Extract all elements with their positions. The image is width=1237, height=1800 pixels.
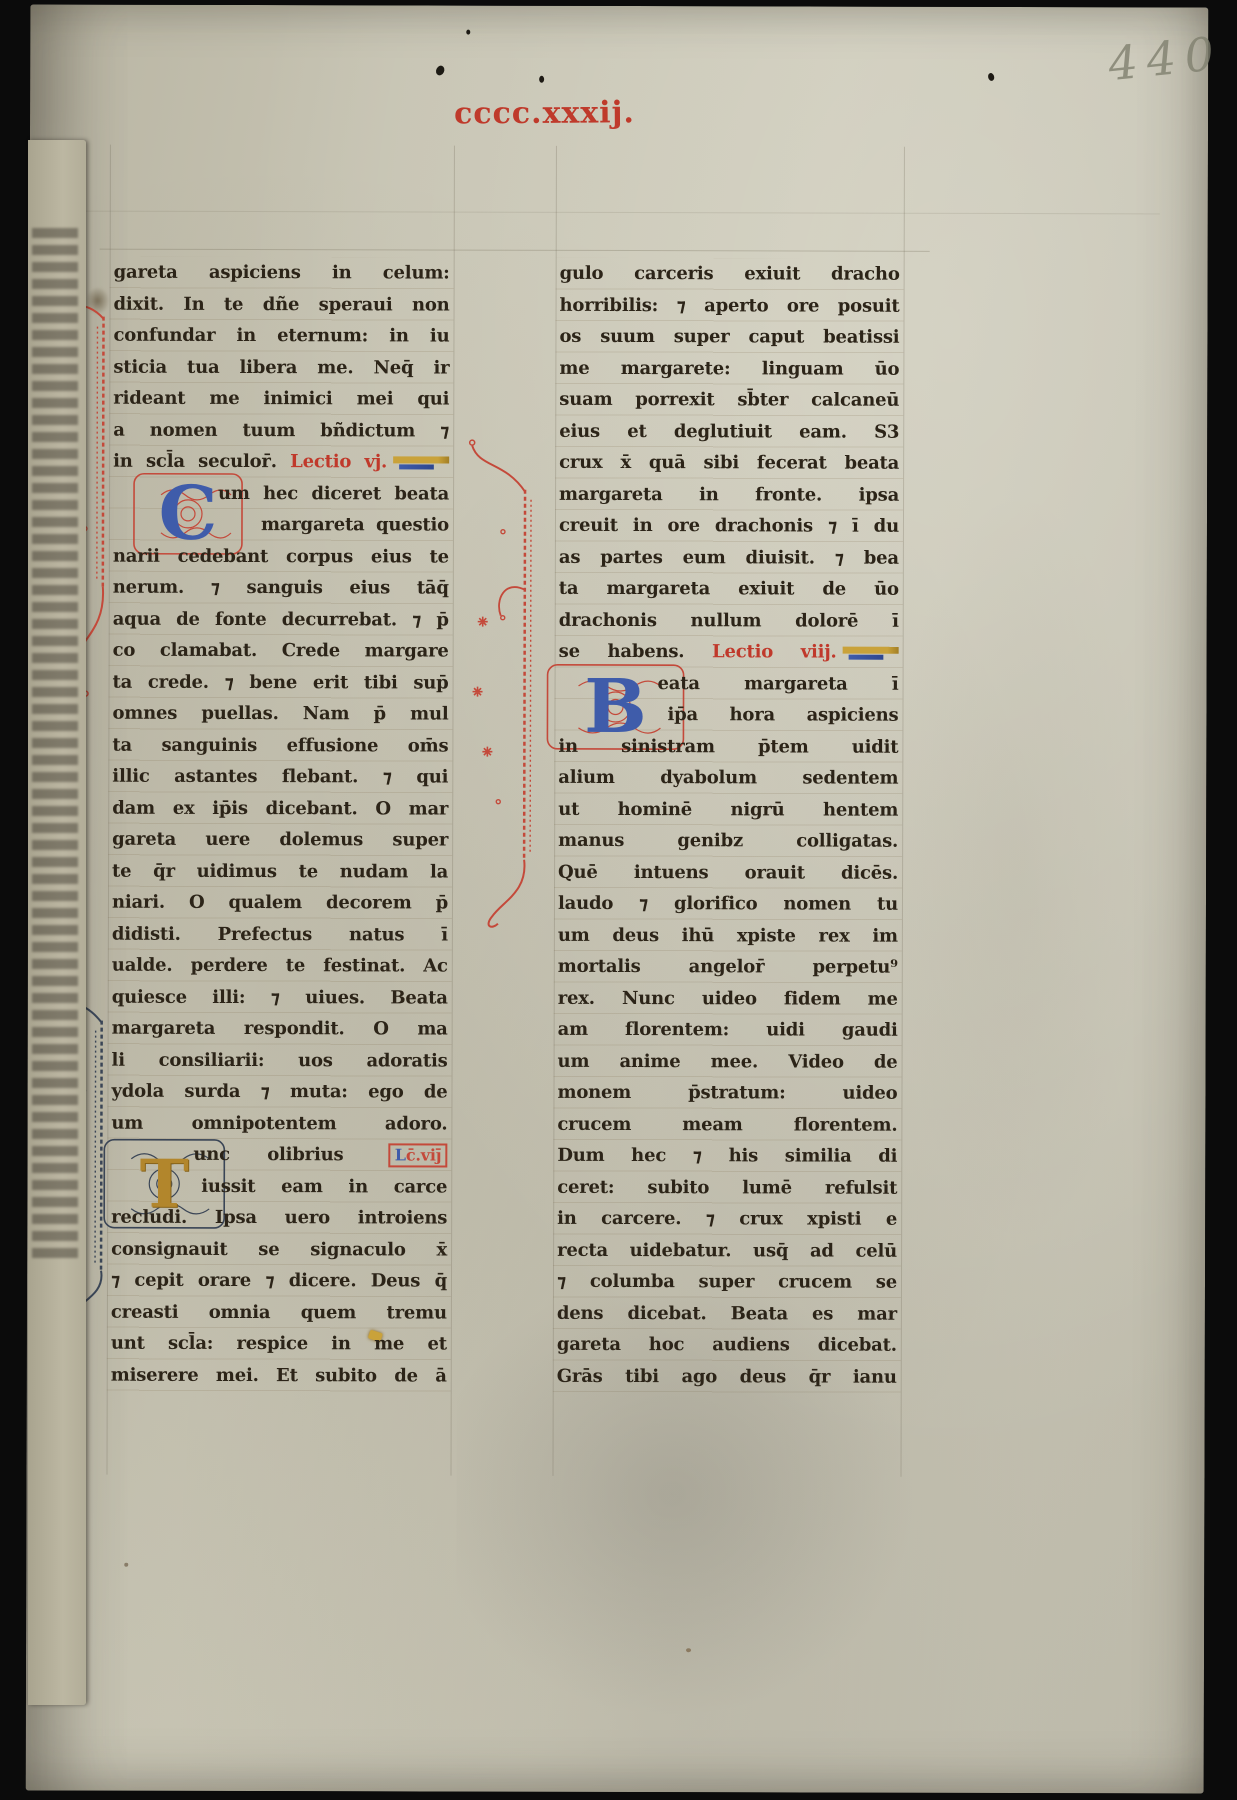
latin-text: dam ex ip̄is dicebant. O mar [112,797,448,819]
latin-text: ta crede. ⁊ bene erit tibi sup̄ [113,671,449,693]
latin-text: omnes puellas. Nam p̄ mul [112,703,448,725]
text-line: crucem meam florentem. [557,1108,897,1140]
text-line: gareta hoc audiens dicebat. [557,1329,897,1361]
latin-text: eata margareta ī [658,673,899,695]
latin-text: recta uidebatur. usq̄ ad celū [557,1239,897,1261]
text-line: Dum hec ⁊ his similia di [557,1140,897,1172]
text-line: omnes puellas. Nam p̄ mul [112,698,448,730]
text-line: ydola surda ⁊ muta: ego de [111,1076,447,1108]
latin-text: rideant me inimici mei qui [113,388,449,410]
latin-text: margareta in fronte. ipsa [559,483,899,505]
text-line: rideant me inimici mei qui [113,383,449,415]
text-line: in sinistram p̄tem uidit [558,730,898,762]
latin-text: um deus ihū xpiste rex im [558,924,898,946]
latin-text: creuit in ore drachonis ⁊ ī du [559,515,899,537]
latin-text: drachonis nullum dolorē ī [559,609,899,631]
latin-text: ceret: subito lumē refulsit [557,1176,897,1198]
ink-speck [124,1563,128,1567]
latin-text: manus genibz colligatas. [558,830,898,852]
text-line: co clamabat. Crede margare [113,635,449,667]
text-line: recta uidebatur. usq̄ ad celū [557,1234,897,1266]
folio-number-pencil: 440 [1106,26,1226,91]
text-line: drachonis nullum dolorē ī [559,604,899,636]
rubric: Lectio vj. [290,451,387,472]
text-line: am florentem: uidi gaudi [558,1014,898,1046]
text-line: miserere mei. Et subito de ā [111,1359,447,1391]
latin-text: iussit eam in carce [201,1175,447,1197]
latin-text: recludi. Ipsa uero introiens [111,1207,447,1229]
text-line: in carcere. ⁊ crux xpisti e [557,1203,897,1235]
text-line: horribilis: ⁊ aperto ore posuit [560,289,900,321]
latin-text: miserere mei. Et subito de ā [111,1364,447,1386]
latin-text: um omnipotentem adoro. [111,1112,447,1134]
text-line: quiesce illi: ⁊ uiues. Beata [112,981,448,1013]
latin-text: gareta aspiciens in celum: [114,262,450,284]
latin-text: unt scl̄a: respice in me et [111,1333,447,1355]
latin-text: Quē intuens orauit dicēs. [558,861,898,883]
latin-text: ta margareta exiuit de ūo [559,578,899,600]
text-line: me margarete: linguam ūo [559,352,899,384]
manuscript-photo: cccc.xxxij. 440 [0,0,1237,1800]
gold-line-filler [843,646,899,659]
latin-text: alium dyabolum sedentem [558,767,898,789]
rubric: Lectio viij. [712,641,837,662]
latin-text: crucem meam florentem. [557,1113,897,1135]
text-line: ut hominē nigrū hentem [558,793,898,825]
text-line: um deus ihū xpiste rex im [558,919,898,951]
latin-text: illic astantes flebant. ⁊ qui [112,766,448,788]
text-line: creasti omnia quem tremu [111,1296,447,1328]
text-line: iussit eam in carce [111,1170,447,1202]
latin-text: li consiliarii: uos adoratis [112,1049,448,1071]
page-heading-roman-numeral: cccc.xxxij. [454,95,635,131]
text-line: Grās tibi ago deus q̄r ianu [557,1360,897,1392]
latin-text: ip̄a hora aspiciens [667,704,898,726]
text-line: a nomen tuum bñdictum ⁊ [113,414,449,446]
text-line: ta margareta exiuit de ūo [559,573,899,605]
latin-text: Grās tibi ago deus q̄r ianu [557,1365,897,1387]
text-line: manus genibz colligatas. [558,825,898,857]
text-line: as partes eum diuisit. ⁊ bea [559,541,899,573]
ruling-line [70,211,1160,215]
latin-text: aqua de fonte decurrebat. ⁊ p̄ [113,608,449,630]
latin-text: horribilis: ⁊ aperto ore posuit [560,294,900,316]
latin-text: a nomen tuum bñdictum ⁊ [113,419,449,441]
text-line: os suum super caput beatissi [559,321,899,353]
previous-folio-edge [28,140,86,1705]
latin-text: ut hominē nigrū hentem [558,798,898,820]
text-line: crux x̄ quā sibi fecerat beata [559,447,899,479]
text-line: margareta in fronte. ipsa [559,478,899,510]
latin-text: os suum super caput beatissi [559,326,899,348]
text-line: suam porrexit sb̄ter calcaneū [559,384,899,416]
text-line: ualde. perdere te festinat. Ac [112,950,448,982]
text-line: recludi. Ipsa uero introiens [111,1202,447,1234]
text-line: Quē intuens orauit dicēs. [558,856,898,888]
latin-text: creasti omnia quem tremu [111,1301,447,1323]
text-line: unc olibrius Lc̄.vij̄ [111,1139,447,1171]
latin-text: as partes eum diuisit. ⁊ bea [559,546,899,568]
ink-speck [539,76,544,83]
latin-text: gareta uere dolemus super [112,829,448,851]
latin-text: rex. Nunc uideo fidem me [558,987,898,1009]
stain [887,487,1149,1248]
text-line: rex. Nunc uideo fidem me [558,982,898,1014]
latin-text: consignauit se signaculo x̄ [111,1238,447,1260]
text-column-left: gareta aspiciens in celum:dixit. In te d… [111,257,450,1392]
latin-text: niari. O qualem decorem p̄ [112,892,448,914]
latin-text: confundar in eternum: in iu [113,325,449,347]
text-line: um omnipotentem adoro. [111,1107,447,1139]
latin-text: mortalis angelor̄ perpetu⁹ [558,956,898,978]
text-line: eius et deglutiuit eam. S3 [559,415,899,447]
text-line: um anime mee. Video de [558,1045,898,1077]
latin-text: um anime mee. Video de [558,1050,898,1072]
text-line: gareta uere dolemus super [112,824,448,856]
text-line: eata margareta ī [559,667,899,699]
latin-text: unc olibrius [193,1144,381,1165]
latin-text: am florentem: uidi gaudi [558,1019,898,1041]
text-line: gareta aspiciens in celum: [114,257,450,289]
latin-text: margareta respondit. O ma [112,1018,448,1040]
text-line: ceret: subito lumē refulsit [557,1171,897,1203]
latin-text: gareta hoc audiens dicebat. [557,1334,897,1356]
latin-text: dens dicebat. Beata es mar [557,1302,897,1324]
latin-text: nerum. ⁊ sanguis eius tāq̄ [113,577,449,599]
latin-text: gulo carceris exiuit dracho [560,263,900,285]
text-line: aqua de fonte decurrebat. ⁊ p̄ [113,603,449,635]
latin-text: eius et deglutiuit eam. S3 [559,420,899,442]
text-line: sticia tua libera me. Neq̄ ir [113,351,449,383]
text-line: margareta questio [113,509,449,541]
latin-text: co clamabat. Crede margare [113,640,449,662]
ink-speck [686,1648,691,1652]
latin-text: ⁊ columba super crucem se [557,1271,897,1293]
text-line: illic astantes flebant. ⁊ qui [112,761,448,793]
ruling-line [450,146,454,1476]
text-column-right: gulo carceris exiuit drachohorribilis: ⁊… [557,258,900,1393]
text-line: um hec diceret beata [113,477,449,509]
latin-text: suam porrexit sb̄ter calcaneū [559,389,899,411]
latin-text: crux x̄ quā sibi fecerat beata [559,452,899,474]
text-line: monem p̄stratum: uideo [557,1077,897,1109]
latin-text: dixit. In te dñe speraui non [114,293,450,315]
ink-speck [434,64,445,76]
latin-text: in carcere. ⁊ crux xpisti e [557,1208,897,1230]
text-line: ta sanguinis effusione om̄s [112,729,448,761]
text-line: niari. O qualem decorem p̄ [112,887,448,919]
text-line: unt scl̄a: respice in me et [111,1328,447,1360]
text-line: dam ex ip̄is dicebant. O mar [112,792,448,824]
latin-text: ualde. perdere te festinat. Ac [112,955,448,977]
latin-text: Dum hec ⁊ his similia di [557,1145,897,1167]
stain [86,287,110,315]
rubric-boxed: Lc̄.vij̄ [389,1143,448,1167]
text-line: consignauit se signaculo x̄ [111,1233,447,1265]
text-line: te q̄r uidimus te nudam la [112,855,448,887]
text-line: alium dyabolum sedentem [558,762,898,794]
text-line: laudo ⁊ glorifico nomen tu [558,888,898,920]
text-line: in scl̄a seculor̄. Lectio vj. [113,446,449,478]
text-line: mortalis angelor̄ perpetu⁹ [558,951,898,983]
text-line: narii cedebant corpus eius te [113,540,449,572]
ink-speck [466,30,470,35]
latin-text: se habens. [559,641,712,662]
latin-text: narii cedebant corpus eius te [113,545,449,567]
text-line: ta crede. ⁊ bene erit tibi sup̄ [113,666,449,698]
latin-text: sticia tua libera me. Neq̄ ir [113,356,449,378]
text-line: creuit in ore drachonis ⁊ ī du [559,510,899,542]
text-line: dens dicebat. Beata es mar [557,1297,897,1329]
latin-text: quiesce illi: ⁊ uiues. Beata [112,986,448,1008]
text-line: margareta respondit. O ma [112,1013,448,1045]
text-line: confundar in eternum: in iu [113,320,449,352]
latin-text: ⁊ cepit orare ⁊ dicere. Deus q̄ [111,1270,447,1292]
parchment-page: cccc.xxxij. 440 [26,4,1209,1793]
ruling-line [100,249,930,252]
text-line: dixit. In te dñe speraui non [114,288,450,320]
latin-text: monem p̄stratum: uideo [557,1082,897,1104]
text-line: gulo carceris exiuit dracho [560,258,900,290]
ruling-line [900,147,904,1477]
text-line: ⁊ columba super crucem se [557,1266,897,1298]
text-line: didisti. Prefectus natus ī [112,918,448,950]
gold-line-filler [393,456,449,469]
latin-text: um hec diceret beata [218,482,449,504]
latin-text: ta sanguinis effusione om̄s [112,734,448,756]
latin-text: didisti. Prefectus natus ī [112,923,448,945]
latin-text: ydola surda ⁊ muta: ego de [111,1081,447,1103]
latin-text: me margarete: linguam ūo [559,357,899,379]
latin-text: in sinistram p̄tem uidit [558,735,898,757]
ink-speck [987,72,995,81]
text-line: ⁊ cepit orare ⁊ dicere. Deus q̄ [111,1265,447,1297]
text-line: se habens. Lectio viij. [559,636,899,668]
latin-text: laudo ⁊ glorifico nomen tu [558,893,898,915]
latin-text: te q̄r uidimus te nudam la [112,860,448,882]
latin-text: in scl̄a seculor̄. [113,451,290,472]
text-line: ip̄a hora aspiciens [558,699,898,731]
bleedthrough-text [32,228,78,1258]
text-line: nerum. ⁊ sanguis eius tāq̄ [113,572,449,604]
text-line: li consiliarii: uos adoratis [112,1044,448,1076]
latin-text: margareta questio [261,514,449,535]
